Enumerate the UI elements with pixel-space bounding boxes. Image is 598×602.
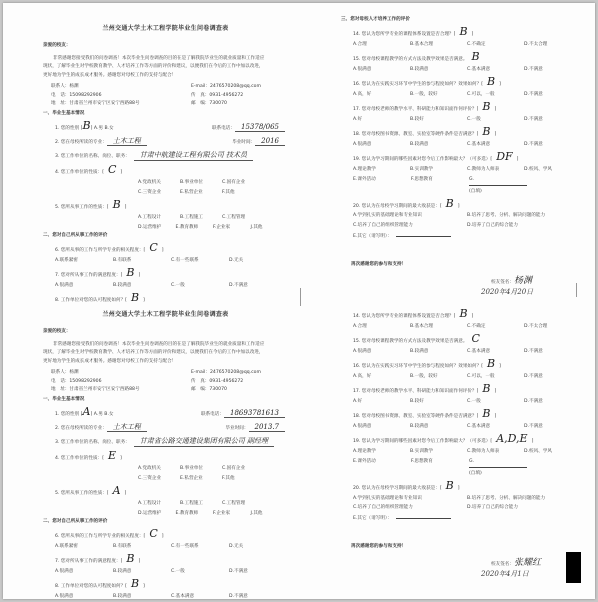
question-6: 6. 您所从事的工作与所学专业的相关程度：[C] xyxy=(55,244,288,254)
handwritten-answer: B xyxy=(471,53,479,62)
answer-options: D.运营维护E.教育教师F.企业家J.其他 xyxy=(138,225,288,231)
greeting: 亲爱的校友： xyxy=(43,43,288,49)
form2-back: 14. 您认为您所学专业的课程体系设置是否合理？[B] A.合理B.基本合理C.… xyxy=(341,305,581,579)
answer-options: C.三资企业E.私营企业F.其他 xyxy=(138,190,288,196)
scanned-document: 兰州交通大学土木工程学院毕业生问卷调查表 亲爱的校友： 非常感谢您接受我们的问卷… xyxy=(3,3,595,599)
answer-options: A.很满意B.较满意C.基本满意D.不满意 xyxy=(353,349,581,355)
intro-paragraph: 非常感谢您接受我们的问卷调查！本次毕业生问卷调查的目的在是了解我院毕业生的就业质… xyxy=(43,55,268,81)
handwritten-field: 甘肃省公路交通建设集团有限公司 副经理 xyxy=(134,437,274,447)
handwritten-answer: C xyxy=(108,166,116,175)
handwritten-answer: E xyxy=(108,452,116,461)
answer-options: A.党政机关B.事业单位C.国有企业 xyxy=(138,466,288,472)
handwritten-answer: C xyxy=(149,530,157,539)
handwritten-answer: B xyxy=(482,103,490,112)
answer-options: A.很满意B.较满意C.一般D.不满意 xyxy=(55,283,288,289)
handwritten-answer: B xyxy=(482,128,490,137)
answer-options: A.合理B.基本合理C.不确定D.不太合理 xyxy=(353,324,581,330)
contact-block: 联系人：杨渊E-mail：2476570208@qq.com 电 话：15098… xyxy=(51,83,288,109)
question-4: 4. 您工作单位的性质：[C] xyxy=(55,166,288,176)
form1-back: 三、您对母校人才培养工作的评价 14. 您认为您所学专业的课程体系设置是否合理？… xyxy=(341,15,581,297)
blank-line xyxy=(469,185,527,186)
handwritten-answer: B xyxy=(459,310,467,319)
question-8: 8. 工作单位对您的认可程度如何？[B] xyxy=(55,294,288,304)
handwritten-answer: B xyxy=(487,360,495,369)
form2-front: 兰州交通大学土木工程学院毕业生问卷调查表 亲爱的校友： 非常感谢您接受我们的问卷… xyxy=(43,311,288,599)
handwritten-answer: A,D,E xyxy=(496,435,527,444)
handwritten-answer: B xyxy=(459,28,467,37)
answer-options: C.培养了自己的组织管理能力D.培养了自己的综合能力 xyxy=(353,505,581,511)
handwritten-answer: B xyxy=(487,78,495,87)
handwritten-answer: A xyxy=(113,487,121,496)
answer-options: A.好B.较好C.一般D.不满意 xyxy=(353,117,581,123)
answer-options: A.学到扎实的基础理论和专业知识B.培养了思考、分析、解决问题的能力 xyxy=(353,213,581,219)
scan-edge xyxy=(300,288,301,306)
question-7: 7. 您对所从事工作的满意程度：[B] xyxy=(55,269,288,279)
handwritten-answer: B xyxy=(131,294,139,303)
question-3: 3. 您工作单位的名称、岗位、职务：甘肃中航建设工程有限公司 技术员 xyxy=(55,151,288,161)
question-19: 19. 您认为学习期间的哪些因素对您今后工作影响最大？（可多选）[DF] xyxy=(353,153,581,163)
answer-options: A.很满意B.较满意C.基本满意D.不满意 xyxy=(55,594,288,599)
answer-options: A.高，好B.一般，较好C.可以，一般D.不满意 xyxy=(353,92,581,98)
handwritten-answer: A xyxy=(82,405,90,418)
handwritten-field: 18693781613 xyxy=(224,409,285,418)
handwritten-answer: B xyxy=(446,482,454,491)
answer-options: A.很满意B.较满意C.基本满意D.不满意 xyxy=(353,142,581,148)
handwritten-answer: B xyxy=(131,580,139,589)
form-title: 兰州交通大学土木工程学院毕业生问卷调查表 xyxy=(43,25,288,33)
section-heading: 一、毕业生基本情况 xyxy=(43,111,288,117)
answer-options: A.工程设计B.工程施工C.工程管理 xyxy=(138,501,288,507)
handwritten-answer: DF xyxy=(496,153,512,162)
handwritten-answer: C xyxy=(471,335,479,344)
handwritten-answer: B xyxy=(82,119,90,132)
answer-options: A.理论教学B.实训教学C.教师为人师表D.校风、学风 xyxy=(353,167,581,173)
scan-edge xyxy=(576,283,577,297)
question-5: 5. 您所从事工作的性质：[B] xyxy=(55,201,288,211)
answer-options: A.很满意B.较满意C.基本满意D.不满意 xyxy=(353,67,581,73)
question-14: 14. 您认为您所学专业的课程体系设置是否合理？[B] xyxy=(353,28,581,38)
answer-options: A.好B.较好C.一般D.不满意 xyxy=(353,399,581,405)
answer-options: A.工程设计B.工程施工C.工程管理 xyxy=(138,215,288,221)
answer-options: A.党政机关B.事业单位C.国有企业 xyxy=(138,180,288,186)
blank-line xyxy=(396,518,451,519)
handwritten-answer: B xyxy=(482,385,490,394)
handwritten-field: 土木工程 xyxy=(107,423,147,432)
answer-options: E.课外活动F.思想教育G.(自填) xyxy=(353,459,581,477)
answer-options: A.合理B.基本合理C.不确定D.不太合理 xyxy=(353,42,581,48)
sign-date: 2020年4月20日 xyxy=(481,288,581,297)
answer-options: A.联系紧密B.有联系C.有一些联系D.无关 xyxy=(55,258,288,264)
blank-line xyxy=(469,467,527,468)
handwritten-field: 土木工程 xyxy=(107,137,147,146)
signature: 校友签名：杨渊 xyxy=(491,276,581,288)
redaction-block xyxy=(566,552,581,583)
handwritten-answer: C xyxy=(149,244,157,253)
handwritten-answer: B xyxy=(113,201,121,210)
question-18: 18. 您对母校图书资源、教室、实验室等硬件条件是否满意？[B] xyxy=(353,128,581,138)
answer-options: A.很满意B.较满意C.一般D.不满意 xyxy=(55,569,288,575)
answer-options: C.培养了自己的组织管理能力D.培养了自己的综合能力 xyxy=(353,223,581,229)
answer-options: E.课外活动F.思想教育G.(自填) xyxy=(353,177,581,195)
handwritten-answer: B xyxy=(126,555,134,564)
question-15: 15. 您对母校课程教学的方式方法及教学效果是否满意。B xyxy=(353,53,581,63)
answer-options: C.三资企业E.私营企业F.其他 xyxy=(138,476,288,482)
handwritten-field: 甘肃中航建设工程有限公司 技术员 xyxy=(134,151,253,161)
handwritten-field: 15378/065 xyxy=(235,123,285,132)
answer-options: A.高，好B.一般，较好C.可以，一般D.不满意 xyxy=(353,374,581,380)
question-2: 2. 您在母校所读的专业：土木工程 毕业时间：2016 xyxy=(55,137,285,146)
question-17: 17. 您对母校老师的教学水平、科研能力和知识面作何评价？[B] xyxy=(353,103,581,113)
answer-options: A.学到扎实的基础理论和专业知识B.培养了思考、分析、解决问题的能力 xyxy=(353,496,581,502)
section-heading: 二、您对自己所从事工作的评价 xyxy=(43,233,288,239)
form1-front: 兰州交通大学土木工程学院毕业生问卷调查表 亲爱的校友： 非常感谢您接受我们的问卷… xyxy=(43,25,288,304)
answer-options: D.运营维护E.教育教师F.企业家J.其他 xyxy=(138,511,288,517)
handwritten-answer: B xyxy=(126,269,134,278)
answer-options: A.联系紧密B.有联系C.有一些联系D.无关 xyxy=(55,544,288,550)
blank-line xyxy=(396,236,451,237)
answer-options: A.很满意B.较满意C.基本满意D.不满意 xyxy=(353,424,581,430)
question-20: 20. 您认为在母校学习期间的最大收获是：[B] xyxy=(353,200,581,210)
answer-options: A.理论教学B.实训教学C.教师为人师表D.校风、学风 xyxy=(353,449,581,455)
question-1: 1. 您的性别 [B] A.男 B.女 联系电话：15378/065 xyxy=(55,122,285,132)
handwritten-field: 2013.7 xyxy=(249,423,286,432)
handwritten-answer: B xyxy=(446,200,454,209)
handwritten-field: 2016 xyxy=(255,137,285,146)
question-16: 16. 您认为在实践实习环节中学生的参与程度如何？效果如何？[B] xyxy=(353,78,581,88)
handwritten-answer: B xyxy=(482,410,490,419)
